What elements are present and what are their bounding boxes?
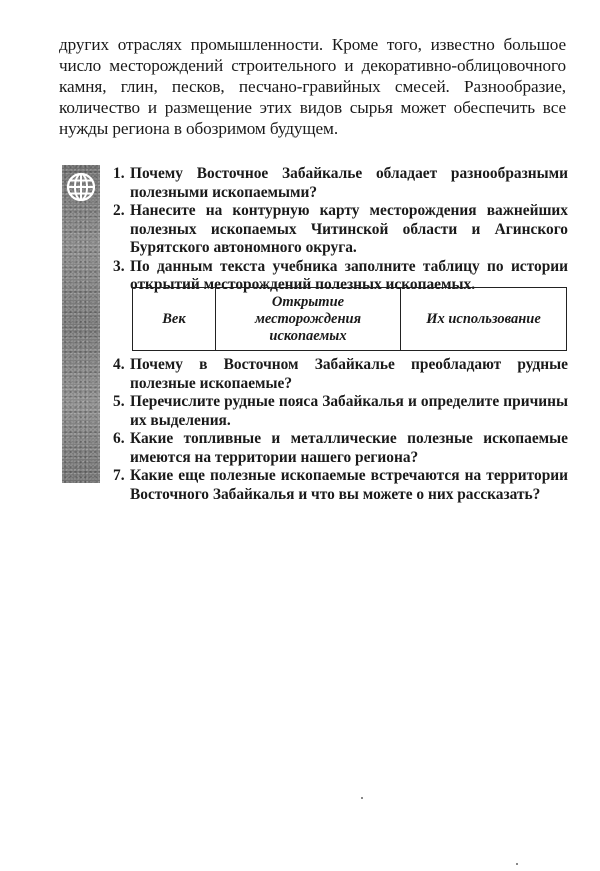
question-item: 2. Нанесите на контурную карту месторожд… <box>113 202 568 258</box>
question-text: Нанесите на контурную карту месторождени… <box>130 202 568 256</box>
question-text: Почему в Восточном Забайкалье преобладаю… <box>130 356 568 392</box>
question-number: 2. <box>113 202 125 221</box>
question-item: 7. Какие еще полезные ископаемые встреча… <box>113 467 568 504</box>
question-text: Перечислите рудные пояса Забайкалья и оп… <box>130 393 568 429</box>
questions-sidebar-strip <box>62 165 100 483</box>
question-number: 3. <box>113 258 125 277</box>
question-item: 1. Почему Восточное Забайкалье обладает … <box>113 165 568 202</box>
table-header-discovery: Открытие месторождения ископаемых <box>216 288 401 351</box>
globe-icon <box>65 171 97 203</box>
questions-list-part2: 4. Почему в Восточном Забайкалье преобла… <box>113 356 568 504</box>
question-number: 1. <box>113 165 125 184</box>
scan-speck <box>516 863 518 865</box>
question-number: 4. <box>113 356 125 375</box>
question-number: 6. <box>113 430 125 449</box>
question-number: 7. <box>113 467 125 486</box>
scan-speck <box>361 797 363 799</box>
questions-list-part1: 1. Почему Восточное Забайкалье обладает … <box>113 165 568 295</box>
question-item: 6. Какие топливные и металлические полез… <box>113 430 568 467</box>
question-item: 5. Перечислите рудные пояса Забайкалья и… <box>113 393 568 430</box>
discoveries-table-wrapper: Век Открытие месторождения ископаемых Их… <box>132 287 567 351</box>
question-text: Почему Восточное Забайкалье обладает раз… <box>130 165 568 201</box>
question-number: 5. <box>113 393 125 412</box>
table-header-row: Век Открытие месторождения ископаемых Их… <box>133 288 567 351</box>
question-text: Какие топливные и металлические полезные… <box>130 430 568 466</box>
question-text: Какие еще полезные ископаемые встречаютс… <box>130 467 568 503</box>
table-header-century: Век <box>133 288 216 351</box>
table-header-usage: Их использование <box>401 288 567 351</box>
discoveries-table: Век Открытие месторождения ископаемых Их… <box>132 287 567 351</box>
question-item: 4. Почему в Восточном Забайкалье преобла… <box>113 356 568 393</box>
intro-paragraph: других отраслях промышленности. Кроме то… <box>59 34 566 139</box>
